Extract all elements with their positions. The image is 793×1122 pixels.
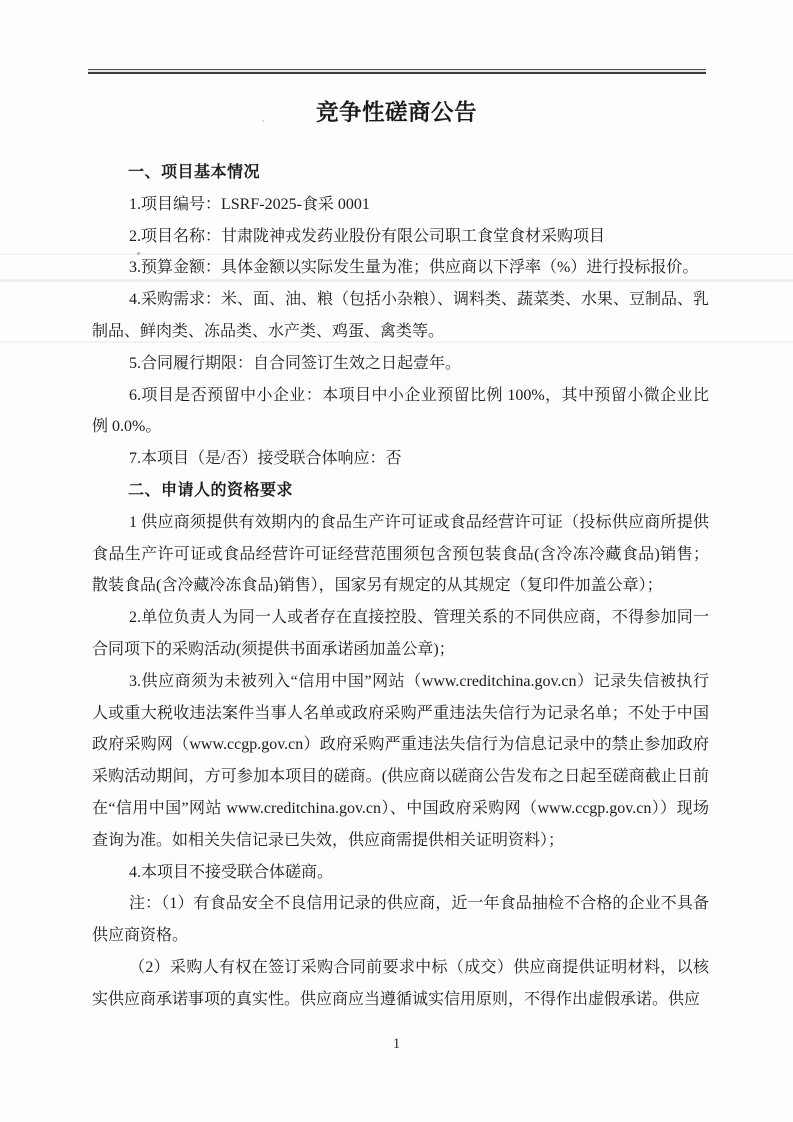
paragraph-contract-term: 5.合同履行期限：自合同签订生效之日起壹年。 — [92, 348, 709, 380]
paragraph-qualification-2: 2.单位负责人为同一人或者存在直接控股、管理关系的不同供应商，不得参加同一合同项… — [92, 602, 709, 666]
paragraph-budget: 3.预算金额：具体金额以实际发生量为准；供应商以下浮率（%）进行投标报价。 — [92, 252, 709, 284]
document-title: 竞争性磋商公告 — [0, 99, 793, 127]
paragraph-consortium-response: 7.本项目（是/否）接受联合体响应：否 — [92, 443, 709, 475]
section-heading-applicant-qualification: 二、申请人的资格要求 — [92, 475, 709, 507]
paragraph-project-number: 1.项目编号：LSRF-2025-食采 0001 — [92, 189, 709, 221]
paragraph-qualification-4: 4.本项目不接受联合体磋商。 — [92, 857, 709, 889]
header-rule — [88, 69, 706, 74]
paragraph-sme-reservation: 6.项目是否预留中小企业：本项目中小企业预留比例 100%，其中预留小微企业比例… — [92, 380, 709, 444]
section-heading-project-info: 一、项目基本情况 — [92, 157, 709, 189]
paragraph-note-1: 注：（1）有食品安全不良信用记录的供应商，近一年食品抽检不合格的企业不具备供应商… — [92, 888, 709, 952]
paragraph-qualification-1: 1 供应商须提供有效期内的食品生产许可证或食品经营许可证（投标供应商所提供食品生… — [92, 507, 709, 602]
paragraph-project-name: 2.项目名称：甘肃陇神戎发药业股份有限公司职工食堂食材采购项目 — [92, 221, 709, 253]
paragraph-qualification-3: 3.供应商须为未被列入“信用中国”网站（www.creditchina.gov.… — [92, 666, 709, 857]
page-number: 1 — [0, 1036, 793, 1053]
document-page: 竞争性磋商公告 一、项目基本情况 1.项目编号：LSRF-2025-食采 000… — [0, 0, 793, 1122]
paragraph-note-2: （2）采购人有权在签订采购合同前要求中标（成交）供应商提供证明材料，以核实供应商… — [92, 952, 709, 1016]
paragraph-procurement-demand: 4.采购需求：米、面、油、粮（包括小杂粮）、调料类、蔬菜类、水果、豆制品、乳制品… — [92, 284, 709, 348]
document-body: 一、项目基本情况 1.项目编号：LSRF-2025-食采 0001 2.项目名称… — [92, 157, 709, 1016]
